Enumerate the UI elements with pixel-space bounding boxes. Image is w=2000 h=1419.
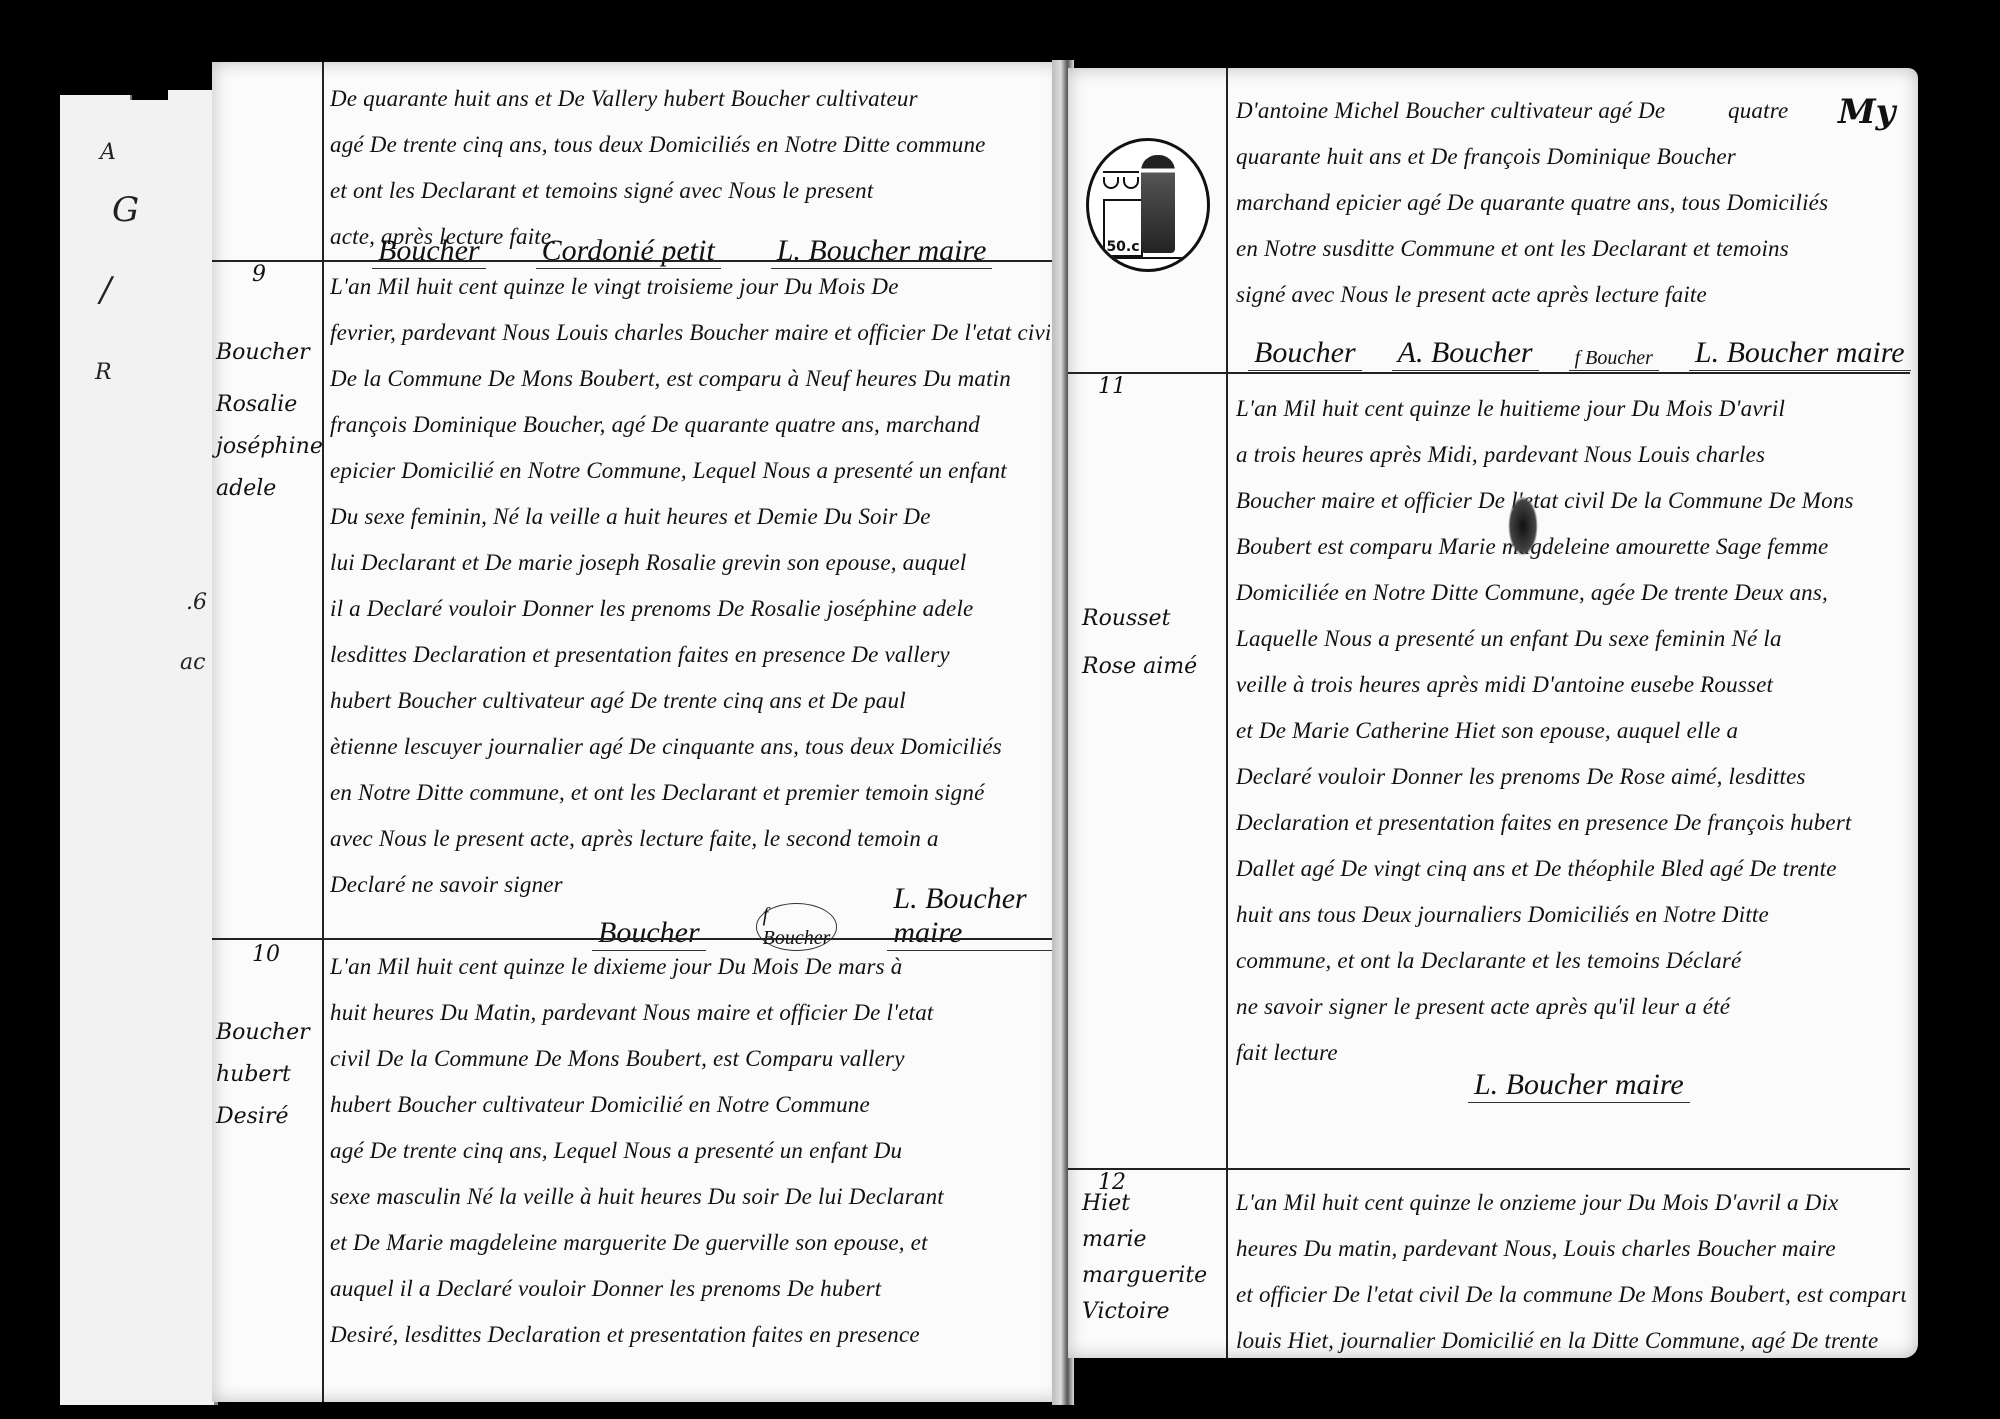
entry-divider — [212, 260, 1056, 262]
signature: L. Boucher maire — [1689, 336, 1911, 371]
signature: A. Boucher — [1392, 336, 1539, 371]
edge-fragment: A — [100, 140, 116, 165]
signature: L. Boucher maire — [1468, 1068, 1690, 1103]
entry-divider — [1068, 1168, 1910, 1170]
entry-signatures: L. Boucher maire — [1468, 1068, 1690, 1103]
entry-margin-name: Boucher Rosalie joséphine adele — [216, 332, 322, 510]
edge-fragment: / — [100, 270, 111, 310]
entry-number: 9 — [252, 262, 266, 287]
entry-number: 11 — [1098, 374, 1126, 399]
scales-icon — [1103, 171, 1139, 193]
entry-margin-name: Boucher hubert Desiré — [216, 1012, 322, 1138]
entry-signatures: Boucher f Boucher L. Boucher maire — [592, 882, 1064, 951]
entry-body-text: L'an Mil huit cent quinze le dixieme jou… — [330, 944, 1050, 1358]
ink-blot — [1508, 496, 1538, 556]
right-page: 50.c My quatre D'antoine Michel Boucher … — [1068, 68, 1918, 1358]
page-stack-edge-2 — [128, 100, 172, 1405]
signature: Boucher — [1248, 336, 1362, 371]
signature: L. Boucher maire — [887, 882, 1064, 951]
left-continuation-text: De quarante huit ans et De Vallery huber… — [330, 76, 1050, 260]
page-stack-edge-3 — [168, 90, 218, 1405]
entry-margin-name: Hiet marie marguerite Victoire — [1082, 1186, 1222, 1330]
left-margin-column — [212, 62, 324, 1402]
edge-fragment: .6 — [186, 590, 207, 615]
page-stack-edge-1 — [60, 95, 132, 1405]
entry-divider — [212, 938, 1056, 940]
stamp-value: 50.c — [1103, 199, 1143, 257]
entry-body-text: L'an Mil huit cent quinze le onzieme jou… — [1236, 1180, 1906, 1364]
justice-figure-icon — [1141, 155, 1175, 253]
signature: f Boucher — [1569, 347, 1659, 371]
left-page: De quarante huit ans et De Vallery huber… — [212, 62, 1064, 1402]
entry-divider — [1068, 372, 1910, 374]
right-continuation-signatures: Boucher A. Boucher f Boucher L. Boucher … — [1248, 336, 1911, 371]
right-continuation-text: D'antoine Michel Boucher cultivateur agé… — [1236, 88, 1876, 318]
entry-body-text: L'an Mil huit cent quinze le huitieme jo… — [1236, 386, 1906, 1076]
edge-fragment: R — [95, 360, 112, 385]
entry-body-text: L'an Mil huit cent quinze le vingt trois… — [330, 264, 1050, 908]
entry-number: 10 — [252, 942, 280, 967]
edge-fragment: ac — [180, 650, 205, 675]
justice-figure-stamp-icon: 50.c — [1086, 138, 1210, 272]
edge-fragment: G — [112, 190, 139, 230]
entry-margin-name: Rousset Rose aimé — [1082, 598, 1222, 688]
